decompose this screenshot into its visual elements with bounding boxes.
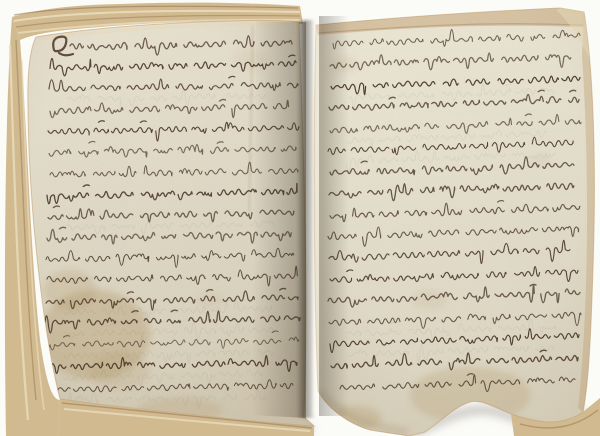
gutter-shade-left (252, 21, 306, 418)
foxing-stain (412, 290, 448, 310)
foxing-stain (196, 292, 224, 308)
foxing-stain (90, 352, 150, 388)
foxing-stain (44, 270, 96, 310)
manuscript-canvas (0, 0, 600, 436)
gutter (252, 16, 349, 418)
gutter-highlight (313, 18, 320, 414)
manuscript-photograph (0, 0, 600, 436)
gutter-shade-right (319, 16, 349, 416)
right-page (310, 4, 600, 436)
gutter-core-shadow (298, 20, 314, 418)
